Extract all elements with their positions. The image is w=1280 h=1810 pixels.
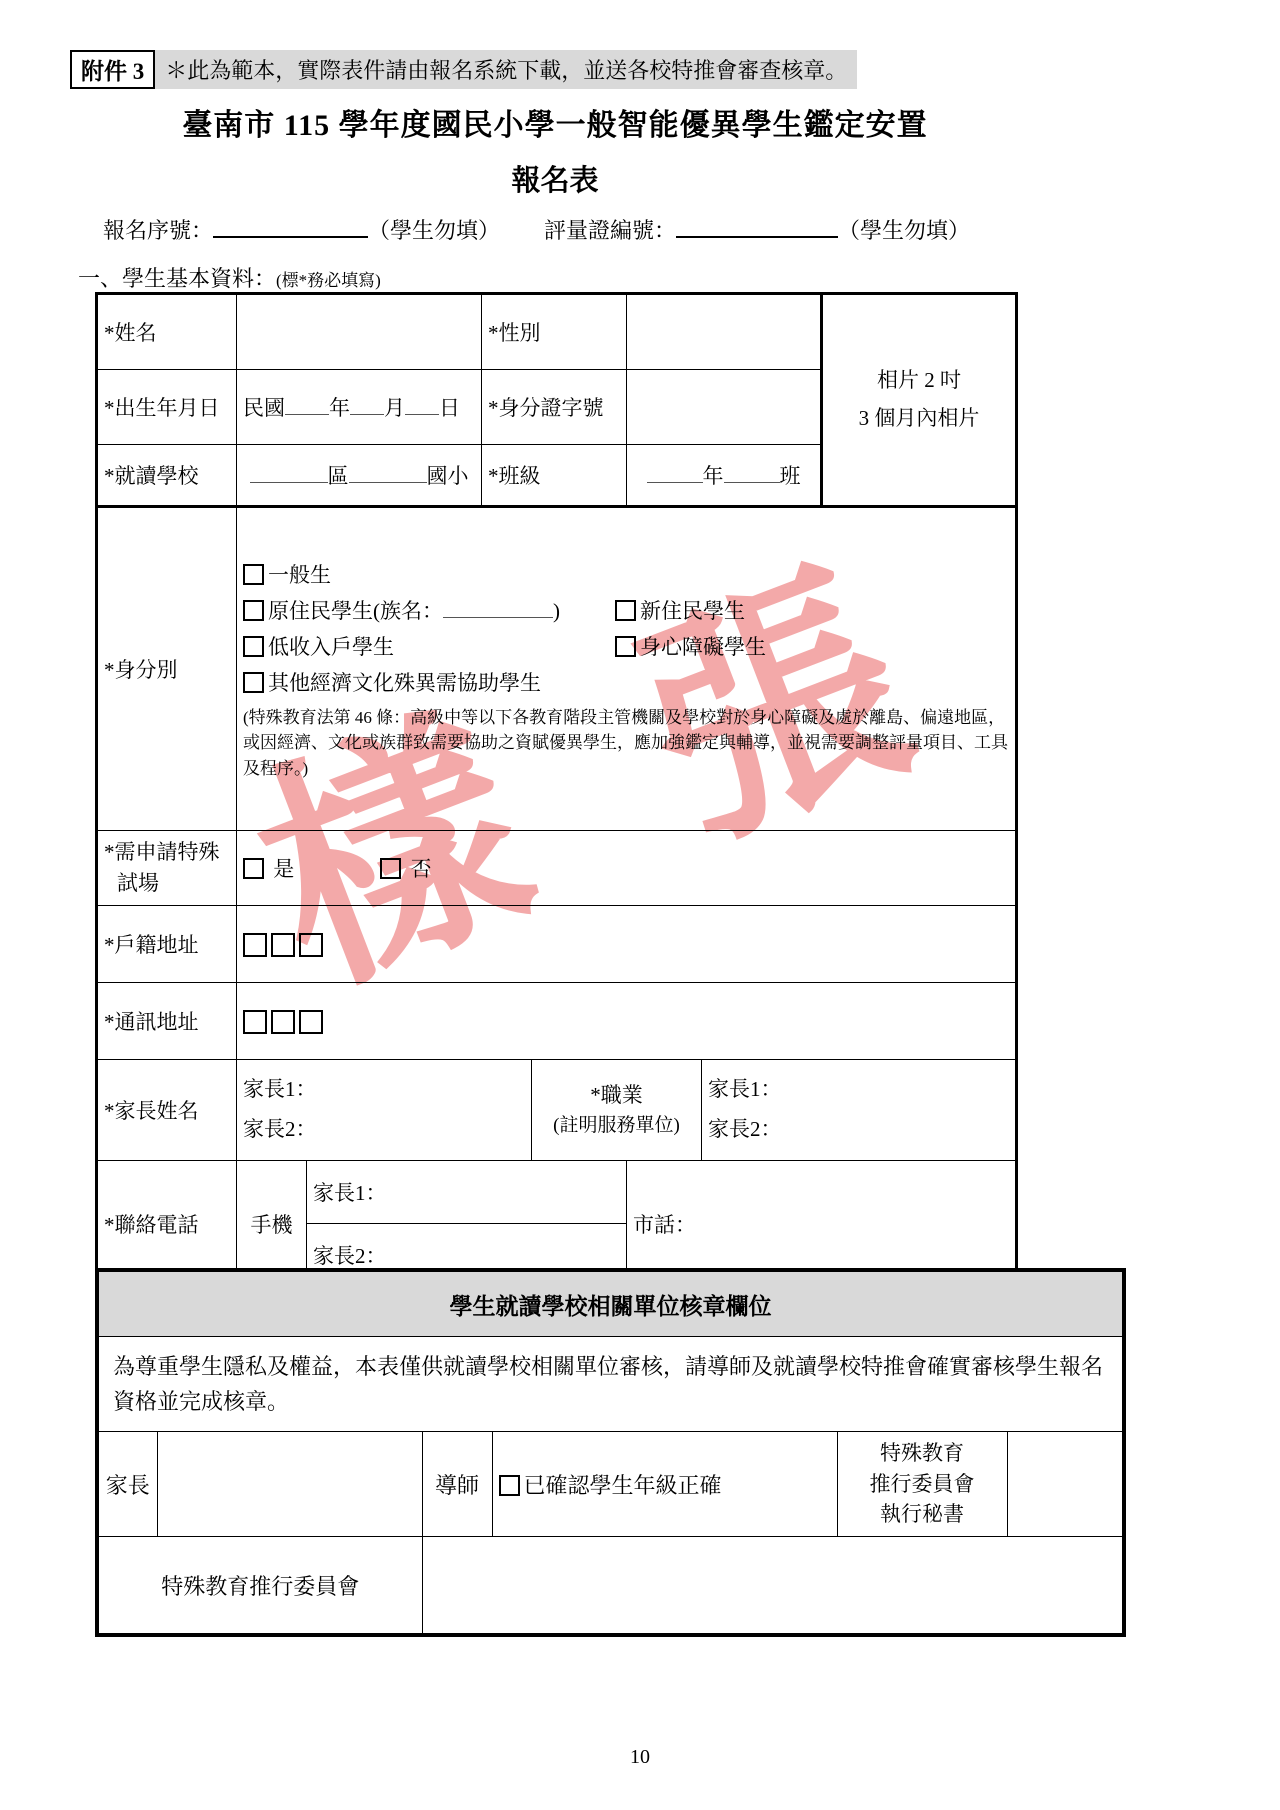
identity-label: *身分別 [104,658,178,682]
checkbox-special-room-yes[interactable] [243,858,264,879]
form-subtitle: 報名表 [95,158,1015,199]
class-year-suffix: 年 [703,464,724,488]
mobile-label: 手機 [251,1213,293,1237]
eval-no-field[interactable] [676,214,838,238]
secretary-label-line1: 特殊教育 [844,1438,1001,1468]
parent-sign-label: 家長 [106,1473,150,1498]
attachment-banner: 附件 3 ＊此為範本，實際表件請由報名系統下載，並送各校特推會審查核章。 [70,50,857,89]
mailing-address-label: *通訊地址 [104,1010,199,1034]
grade-confirmed-label: 已確認學生年級正確 [524,1473,722,1498]
class-label: *班級 [488,464,541,488]
checkbox-indigenous-student[interactable] [243,600,264,621]
identity-label-cell: *身分別 [97,507,237,831]
special-room-label-cell: *需申請特殊 試場 [97,831,237,906]
section1-heading: 一、學生基本資料： [78,266,276,291]
serial-row: 報名序號：（學生勿填）評量證編號：（學生勿填） [103,214,970,245]
dob-day-suffix: 日 [439,396,460,420]
identity-options-cell: 一般生 原住民學生(族名：)新住民學生 低收入戶學生身心障礙學生 其他經濟文化殊… [237,507,1017,831]
checkbox-general-student[interactable] [243,564,264,585]
teacher-sign-label: 導師 [435,1473,479,1498]
household-address-label-cell: *戶籍地址 [97,906,237,983]
id-input-cell[interactable] [627,370,822,445]
occupation-parent1-label: 家長1： [708,1070,1009,1110]
special-room-label-line1: *需申請特殊 [104,837,230,869]
school-district-suffix: 區 [328,464,349,488]
secretary-label-cell: 特殊教育 推行委員會 執行秘書 [837,1432,1007,1537]
privacy-notice-cell: 為尊重學生隱私及權益，本表僅供就讀學校相關單位審核，請導師及就讀學校特推會確實審… [97,1337,1124,1432]
mobile-parent1-label: 家長1： [313,1181,387,1205]
section1-heading-row: 一、學生基本資料：(標*務必填寫) [78,262,381,293]
identity-option-indigenous-label: 原住民學生(族名： [268,599,443,623]
identity-option-other: 其他經濟文化殊異需協助學生 [243,665,1009,701]
phone-label: *聯絡電話 [104,1213,199,1237]
mobile-parent1-input-cell[interactable]: 家長1： [307,1161,627,1224]
school-label: *就讀學校 [104,464,199,488]
identity-option-general: 一般生 [243,557,1009,593]
committee-label-cell: 特殊教育推行委員會 [97,1537,422,1636]
school-name-blank[interactable] [349,460,427,483]
parent-sign-label-cell: 家長 [97,1432,157,1537]
school-seal-table: 學生就讀學校相關單位核章欄位 為尊重學生隱私及權益，本表僅供就讀學校相關單位審核… [95,1268,1126,1637]
photo-note-line1: 相片 2 吋 [829,362,1009,400]
secretary-label-line3: 執行秘書 [844,1499,1001,1529]
parent1-name-label: 家長1： [243,1070,525,1110]
postal-code-box[interactable] [243,933,267,957]
postal-code-box[interactable] [243,1010,267,1034]
teacher-sign-input-cell[interactable]: 已確認學生年級正確 [492,1432,837,1537]
special-room-label-line2: 試場 [104,868,230,900]
attachment-label: 附件 3 [70,50,155,89]
section1-note: (標*務必填寫) [276,271,381,290]
occupation-input-cell[interactable]: 家長1： 家長2： [702,1060,1017,1161]
special-room-options-cell: 是 否 [237,831,1017,906]
checkbox-other-student[interactable] [243,672,264,693]
landline-label: 市話： [633,1213,696,1237]
parent2-name-label: 家長2： [243,1110,525,1150]
attachment-note: ＊此為範本，實際表件請由報名系統下載，並送各校特推會審查核章。 [155,50,857,89]
school-input-cell[interactable]: 區國小 [237,445,482,507]
checkbox-disabled-student[interactable] [615,636,636,657]
mailing-address-input-cell[interactable] [237,983,1017,1060]
postal-code-box[interactable] [299,1010,323,1034]
mobile-parent2-label: 家長2： [313,1244,387,1268]
class-label-cell: *班級 [482,445,627,507]
reg-no-field[interactable] [213,214,368,238]
dob-label-cell: *出生年月日 [97,370,237,445]
postal-code-box[interactable] [299,933,323,957]
identity-option-row3: 低收入戶學生身心障礙學生 [243,629,1009,665]
dob-input-cell[interactable]: 民國年月日 [237,370,482,445]
household-address-input-cell[interactable] [237,906,1017,983]
class-year-blank[interactable] [647,460,703,483]
mailing-address-label-cell: *通訊地址 [97,983,237,1060]
seal-table-header: 學生就讀學校相關單位核章欄位 [97,1270,1124,1337]
page-number: 10 [0,1746,1280,1769]
checkbox-special-room-no[interactable] [380,858,401,879]
class-class-suffix: 班 [780,464,801,488]
seal-table-header-text: 學生就讀學校相關單位核章欄位 [450,1294,772,1319]
dob-month-suffix: 月 [384,396,405,420]
checkbox-new-resident-student[interactable] [615,600,636,621]
reg-no-label: 報名序號： [103,218,213,243]
dob-year-suffix: 年 [329,396,350,420]
secretary-label-line2: 推行委員會 [844,1469,1001,1499]
special-room-yes-label: 是 [273,857,294,881]
school-district-blank[interactable] [250,460,328,483]
eval-no-hint: （學生勿填） [838,218,970,243]
school-label-cell: *就讀學校 [97,445,237,507]
name-input-cell[interactable] [237,294,482,370]
special-room-no-label: 否 [411,857,432,881]
class-class-blank[interactable] [724,460,780,483]
parent-name-label-cell: *家長姓名 [97,1060,237,1161]
secretary-sign-input-cell[interactable] [1007,1432,1124,1537]
name-label: *姓名 [104,321,157,345]
tribe-name-blank[interactable] [443,595,553,618]
identity-option-indigenous-close: ) [553,599,560,623]
identity-option-general-label: 一般生 [268,563,331,587]
postal-code-box[interactable] [271,933,295,957]
school-suffix: 國小 [427,464,469,488]
dob-month-blank[interactable] [350,392,384,415]
class-input-cell[interactable]: 年班 [627,445,822,507]
photo-note-line2: 3 個月內相片 [829,400,1009,438]
household-address-label: *戶籍地址 [104,933,199,957]
eval-no-label: 評量證編號： [544,218,676,243]
dob-year-blank[interactable] [285,392,329,415]
parent-name-label: *家長姓名 [104,1099,199,1123]
occupation-note: (註明服務單位) [538,1112,695,1141]
occupation-label-cell: *職業 (註明服務單位) [532,1060,702,1161]
checkbox-low-income-student[interactable] [243,636,264,657]
dob-label: *出生年月日 [104,396,220,420]
photo-box: 相片 2 吋 3 個月內相片 [822,294,1017,507]
gender-label-cell: *性別 [482,294,627,370]
committee-sign-input-cell[interactable] [422,1537,1124,1636]
privacy-notice-text: 為尊重學生隱私及權益，本表僅供就讀學校相關單位審核，請導師及就讀學校特推會確實審… [113,1354,1103,1414]
special-education-law-note: (特殊教育法第 46 條：高級中等以下各教育階段主管機關及學校對於身心障礙及處於… [243,705,1009,782]
dob-day-blank[interactable] [405,392,439,415]
identity-option-low-income-label: 低收入戶學生 [268,635,394,659]
reg-no-hint: （學生勿填） [368,218,500,243]
parent-sign-input-cell[interactable] [157,1432,422,1537]
parent-name-input-cell[interactable]: 家長1： 家長2： [237,1060,532,1161]
checkbox-grade-confirmed[interactable] [499,1475,520,1496]
gender-label: *性別 [488,321,541,345]
identity-option-disabled-label: 身心障礙學生 [640,635,766,659]
committee-label: 特殊教育推行委員會 [161,1574,359,1599]
occupation-label: *職業 [538,1080,695,1112]
identity-option-row2: 原住民學生(族名：)新住民學生 [243,593,1009,629]
teacher-sign-label-cell: 導師 [422,1432,492,1537]
identity-option-other-label: 其他經濟文化殊異需協助學生 [268,671,541,695]
name-label-cell: *姓名 [97,294,237,370]
gender-input-cell[interactable] [627,294,822,370]
id-label: *身分證字號 [488,396,604,420]
occupation-parent2-label: 家長2： [708,1110,1009,1150]
dob-era: 民國 [243,396,285,420]
form-title: 臺南市 115 學年度國民小學一般智能優異學生鑑定安置 [95,100,1015,144]
id-label-cell: *身分證字號 [482,370,627,445]
student-info-table: *姓名 *性別 相片 2 吋 3 個月內相片 *出生年月日 民國年月日 *身分證… [95,292,1018,1289]
identity-option-new-resident-label: 新住民學生 [640,599,745,623]
postal-code-box[interactable] [271,1010,295,1034]
